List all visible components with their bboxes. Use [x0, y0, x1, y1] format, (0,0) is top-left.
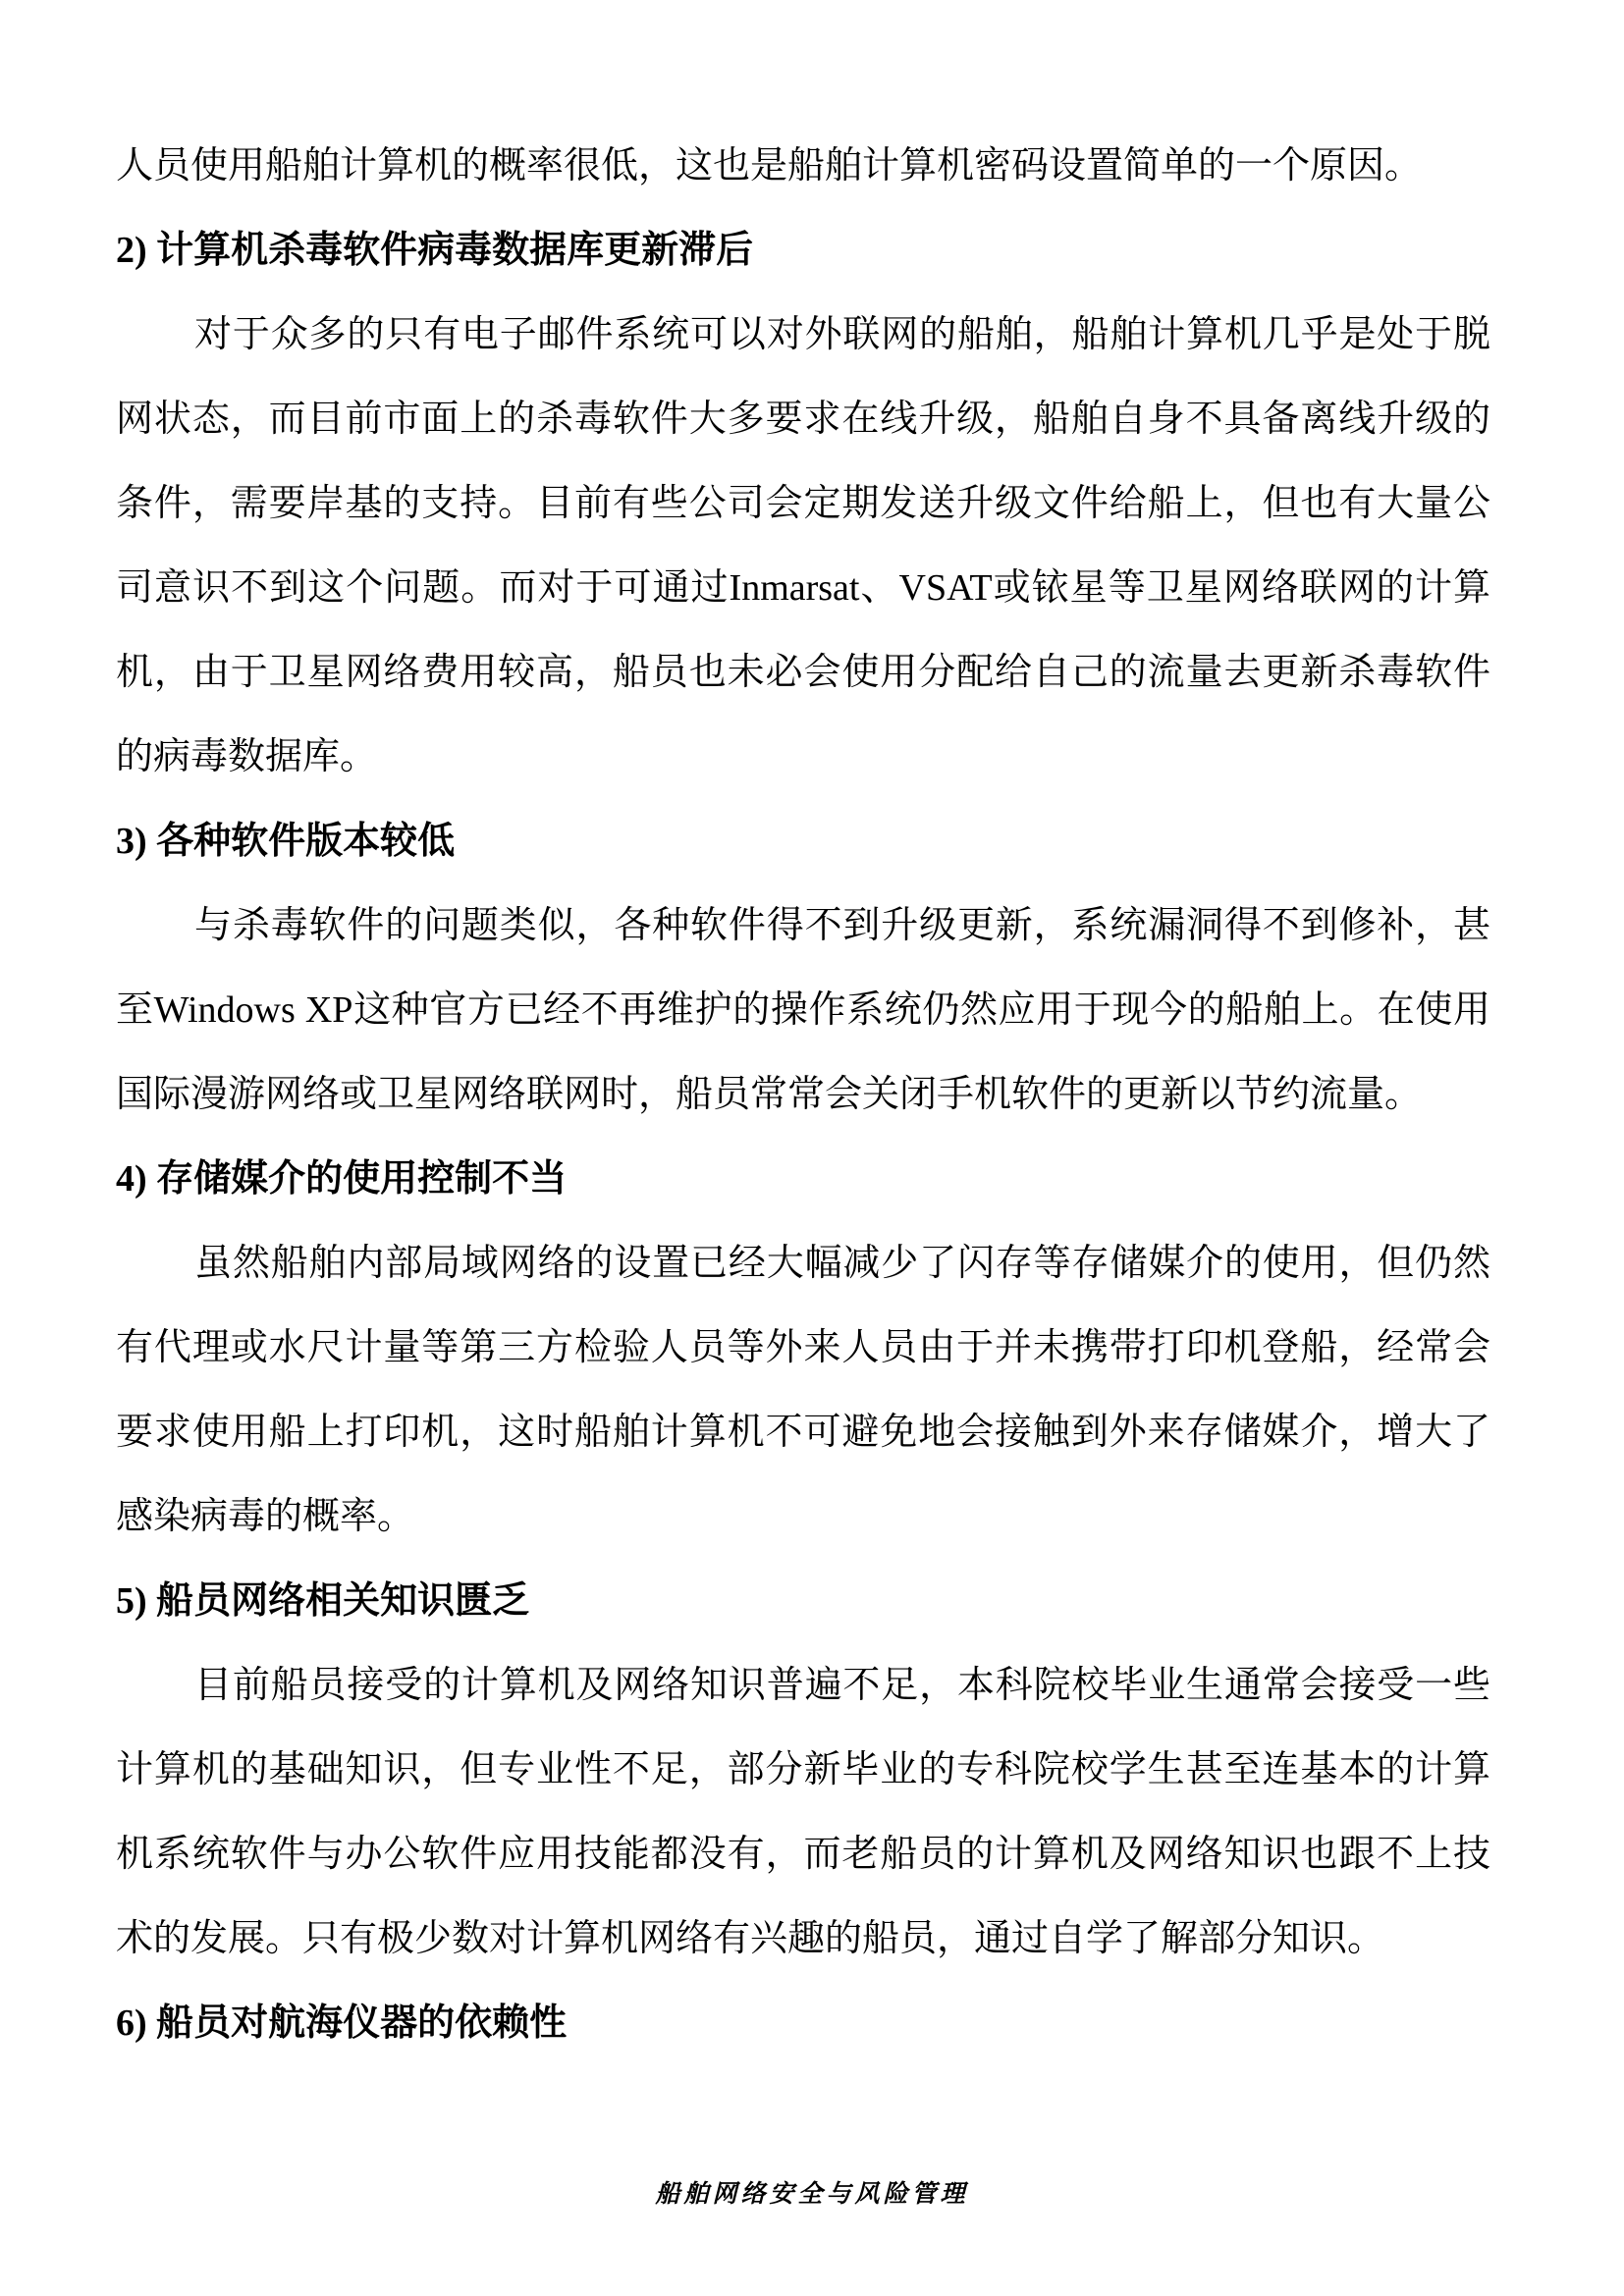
text-line: 至Windows XP这种官方已经不再维护的操作系统仍然应用于现今的船舶上。在使… — [116, 968, 1490, 1052]
section-heading: 3) 各种软件版本较低 — [116, 799, 1490, 883]
text-line: 国际漫游网络或卫星网络联网时，船员常常会关闭手机软件的更新以节约流量。 — [116, 1052, 1490, 1137]
text-line: 虽然船舶内部局域网络的设置已经大幅减少了闪存等存储媒介的使用，但仍然 — [116, 1221, 1490, 1306]
text-line: 人员使用船舶计算机的概率很低，这也是船舶计算机密码设置简单的一个原因。 — [116, 124, 1490, 208]
text-line: 计算机的基础知识，但专业性不足，部分新毕业的专科院校学生甚至连基本的计算 — [116, 1728, 1490, 1812]
section-heading: 5) 船员网络相关知识匮乏 — [116, 1559, 1490, 1643]
text-line: 术的发展。只有极少数对计算机网络有兴趣的船员，通过自学了解部分知识。 — [116, 1896, 1490, 1981]
text-line: 感染病毒的概率。 — [116, 1474, 1490, 1559]
text-line: 机系统软件与办公软件应用技能都没有，而老船员的计算机及网络知识也跟不上技 — [116, 1812, 1490, 1896]
document-page: 人员使用船舶计算机的概率很低，这也是船舶计算机密码设置简单的一个原因。2) 计算… — [0, 0, 1624, 2296]
text-line: 网状态，而目前市面上的杀毒软件大多要求在线升级，船舶自身不具备离线升级的 — [116, 377, 1490, 461]
section-heading: 6) 船员对航海仪器的依赖性 — [116, 1981, 1490, 2065]
text-line: 的病毒数据库。 — [116, 715, 1490, 799]
text-line: 机，由于卫星网络费用较高，船员也未必会使用分配给自己的流量去更新杀毒软件 — [116, 630, 1490, 715]
text-line: 目前船员接受的计算机及网络知识普遍不足，本科院校毕业生通常会接受一些 — [116, 1643, 1490, 1728]
text-line: 与杀毒软件的问题类似，各种软件得不到升级更新，系统漏洞得不到修补，甚 — [116, 883, 1490, 968]
section-heading: 4) 存储媒介的使用控制不当 — [116, 1137, 1490, 1221]
text-line: 条件，需要岸基的支持。目前有些公司会定期发送升级文件给船上，但也有大量公 — [116, 461, 1490, 546]
text-line: 要求使用船上打印机，这时船舶计算机不可避免地会接触到外来存储媒介，增大了 — [116, 1390, 1490, 1474]
text-line: 对于众多的只有电子邮件系统可以对外联网的船舶，船舶计算机几乎是处于脱 — [116, 293, 1490, 377]
section-heading: 2) 计算机杀毒软件病毒数据库更新滞后 — [116, 208, 1490, 293]
text-line: 司意识不到这个问题。而对于可通过Inmarsat、VSAT或铱星等卫星网络联网的… — [116, 546, 1490, 630]
page-footer: 船舶网络安全与风险管理 — [0, 2175, 1624, 2215]
page-body: 人员使用船舶计算机的概率很低，这也是船舶计算机密码设置简单的一个原因。2) 计算… — [116, 124, 1490, 2065]
text-line: 有代理或水尺计量等第三方检验人员等外来人员由于并未携带打印机登船，经常会 — [116, 1306, 1490, 1390]
